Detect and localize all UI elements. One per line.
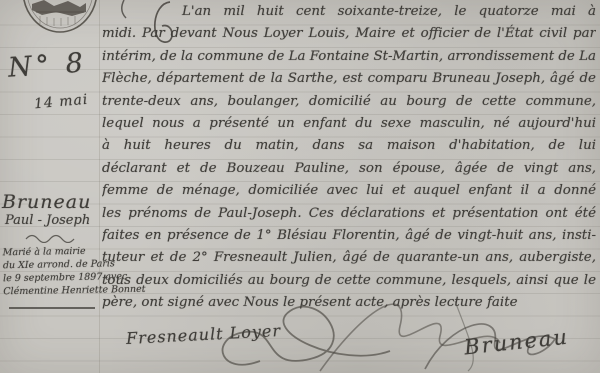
act-line: père, ont signé avec Nous le présent act… — [102, 292, 596, 314]
act-line: faites en présence de 1° Blésiau Florent… — [102, 225, 596, 247]
act-line: intérim, de la commune de La Fontaine St… — [102, 46, 596, 68]
act-line: tuteur et de 2° Fresneault Julien, âgé d… — [102, 247, 596, 269]
act-line: à huit heures du matin, dans sa maison d… — [102, 135, 596, 157]
act-line: femme de ménage, domiciliée avec lui et … — [102, 180, 596, 202]
act-line: midi. Par devant Nous Loyer Louis, Maire… — [102, 23, 596, 45]
act-number: N° 8 — [7, 47, 88, 83]
act-line: Flèche, département de la Sarthe, est co… — [102, 68, 596, 90]
margin-divider-line — [99, 0, 100, 373]
act-line: les prénoms de Paul-Joseph. Ces déclarat… — [102, 203, 596, 225]
act-line: L'an mil huit cent soixante-treize, le q… — [102, 1, 596, 23]
revenue-stamp-icon — [20, 0, 100, 42]
act-line: tous deux domiciliés au bourg de cette c… — [102, 270, 596, 292]
margin-rule — [9, 307, 95, 309]
act-line: lequel nous a présenté un enfant du sexe… — [102, 113, 596, 135]
act-line: trente-deux ans, boulanger, domicilié au… — [102, 91, 596, 113]
register-page: N° 8 14 mai Bruneau Paul - Joseph Marié … — [0, 0, 600, 373]
squiggle-underline — [24, 233, 80, 243]
margin-child-surname: Bruneau — [2, 191, 91, 213]
act-line: déclarant et de Bouzeau Pauline, son épo… — [102, 158, 596, 180]
act-body-text: L'an mil huit cent soixante-treize, le q… — [102, 1, 596, 314]
margin-child-given-names: Paul - Joseph — [5, 213, 90, 228]
